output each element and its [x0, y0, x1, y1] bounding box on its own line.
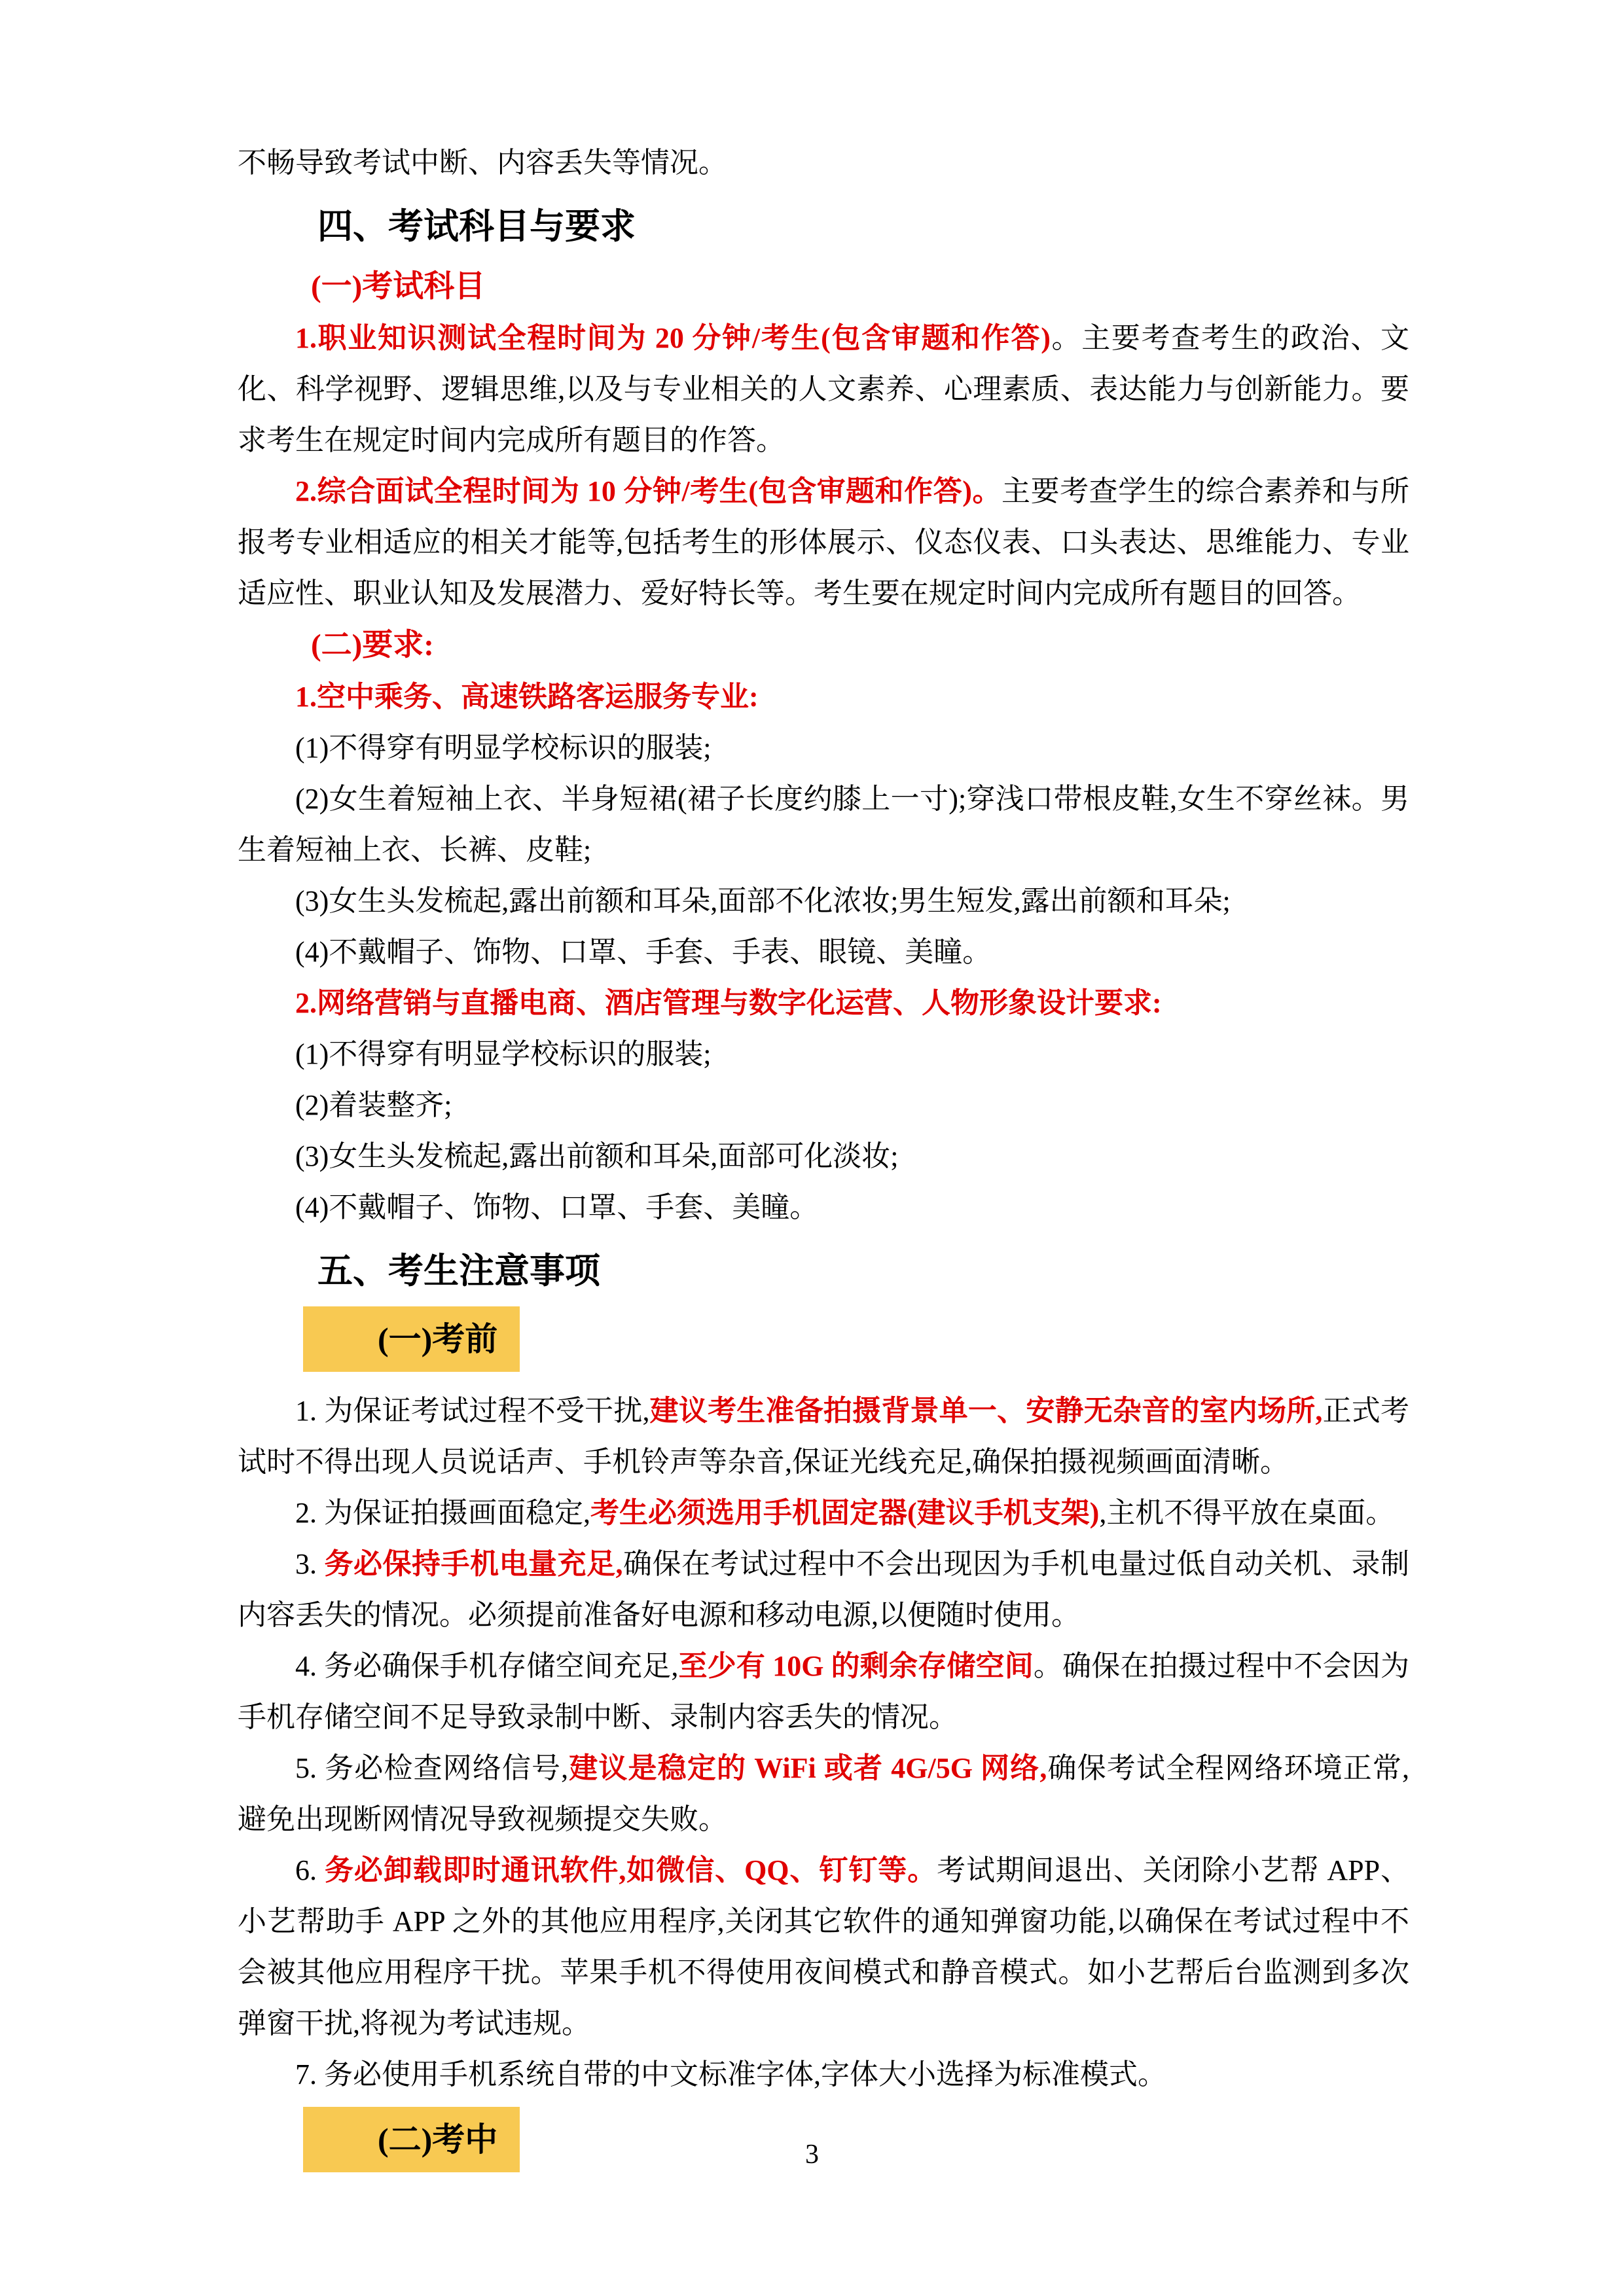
highlight-heading-row: (一)考前	[238, 1306, 1409, 1380]
paragraph: 不畅导致考试中断、内容丢失等情况。	[238, 137, 1409, 188]
paragraph: 1.职业知识测试全程时间为 20 分钟/考生(包含审题和作答)。主要考查考生的政…	[238, 313, 1409, 466]
text-run: 1. 为保证考试过程不受干扰,	[295, 1395, 649, 1427]
text-run: 6.	[295, 1854, 325, 1886]
text-run: 5. 务必检查网络信号,	[295, 1752, 568, 1784]
emphasized-text-run: 1.空中乘务、高速铁路客运服务专业:	[295, 681, 759, 713]
text-run: (1)不得穿有明显学校标识的服装;	[295, 732, 712, 764]
text-run: 7. 务必使用手机系统自带的中文标准字体,字体大小选择为标准模式。	[295, 2058, 1166, 2090]
paragraph: (1)不得穿有明显学校标识的服装;	[238, 1029, 1409, 1080]
paragraph: 4. 务必确保手机存储空间充足,至少有 10G 的剩余存储空间。确保在拍摄过程中…	[238, 1641, 1409, 1743]
red-subheading: (二)要求:	[238, 619, 1409, 672]
emphasized-text-run: 务必保持手机电量充足,	[325, 1548, 623, 1580]
text-run: 3.	[295, 1548, 325, 1580]
paragraph: (3)女生头发梳起,露出前额和耳朵,面部不化浓妆;男生短发,露出前额和耳朵;	[238, 876, 1409, 927]
text-run: 不畅导致考试中断、内容丢失等情况。	[238, 147, 727, 179]
emphasized-text-run: 建议考生准备拍摄背景单一、安静无杂音的室内场所,	[649, 1395, 1322, 1427]
red-subheading: (一)考试科目	[238, 260, 1409, 313]
paragraph: 6. 务必卸载即时通讯软件,如微信、QQ、钉钉等。考试期间退出、关闭除小艺帮 A…	[238, 1845, 1409, 2049]
paragraph: (1)不得穿有明显学校标识的服装;	[238, 723, 1409, 774]
section-heading: 四、考试科目与要求	[238, 198, 1409, 255]
paragraph: 7. 务必使用手机系统自带的中文标准字体,字体大小选择为标准模式。	[238, 2049, 1409, 2100]
text-run: (3)女生头发梳起,露出前额和耳朵,面部不化浓妆;男生短发,露出前额和耳朵;	[295, 885, 1231, 917]
paragraph: 2. 为保证拍摄画面稳定,考生必须选用手机固定器(建议手机支架),主机不得平放在…	[238, 1488, 1409, 1539]
paragraph: (2)女生着短袖上衣、半身短裙(裙子长度约膝上一寸);穿浅口带根皮鞋,女生不穿丝…	[238, 774, 1409, 876]
text-run: (2)女生着短袖上衣、半身短裙(裙子长度约膝上一寸);穿浅口带根皮鞋,女生不穿丝…	[238, 783, 1409, 866]
emphasized-text-run: 1.职业知识测试全程时间为 20 分钟/考生(包含审题和作答)	[295, 322, 1051, 354]
document-page: 不畅导致考试中断、内容丢失等情况。四、考试科目与要求(一)考试科目1.职业知识测…	[0, 0, 1624, 2296]
text-run: (4)不戴帽子、饰物、口罩、手套、手表、眼镜、美瞳。	[295, 936, 991, 968]
document-body: 不畅导致考试中断、内容丢失等情况。四、考试科目与要求(一)考试科目1.职业知识测…	[238, 137, 1409, 2186]
emphasized-text-run: 2.综合面试全程时间为 10 分钟/考生(包含审题和作答)。	[295, 475, 1001, 507]
emphasized-text-run: 务必卸载即时通讯软件,如微信、QQ、钉钉等。	[325, 1854, 937, 1886]
section-heading: 五、考生注意事项	[238, 1242, 1409, 1300]
paragraph: (3)女生头发梳起,露出前额和耳朵,面部可化淡妆;	[238, 1131, 1409, 1182]
paragraph: (4)不戴帽子、饰物、口罩、手套、手表、眼镜、美瞳。	[238, 927, 1409, 978]
emphasized-text-run: 考生必须选用手机固定器(建议手机支架)	[590, 1497, 1099, 1529]
paragraph: 1. 为保证考试过程不受干扰,建议考生准备拍摄背景单一、安静无杂音的室内场所,正…	[238, 1386, 1409, 1488]
page-footer: 3	[0, 2139, 1624, 2170]
paragraph: (4)不戴帽子、饰物、口罩、手套、美瞳。	[238, 1182, 1409, 1233]
text-run: (3)女生头发梳起,露出前额和耳朵,面部可化淡妆;	[295, 1140, 899, 1172]
text-run: (2)着装整齐;	[295, 1089, 452, 1121]
paragraph: 2.综合面试全程时间为 10 分钟/考生(包含审题和作答)。主要考查学生的综合素…	[238, 466, 1409, 619]
highlight-heading: (一)考前	[303, 1306, 520, 1372]
paragraph: 3. 务必保持手机电量充足,确保在考试过程中不会出现因为手机电量过低自动关机、录…	[238, 1539, 1409, 1641]
text-run: 4. 务必确保手机存储空间充足,	[295, 1650, 678, 1682]
text-run: (1)不得穿有明显学校标识的服装;	[295, 1038, 712, 1070]
emphasized-text-run: 2.网络营销与直播电商、酒店管理与数字化运营、人物形象设计要求:	[295, 987, 1162, 1019]
emphasized-text-run: 至少有 10G 的剩余存储空间	[678, 1650, 1034, 1682]
page-number: 3	[805, 2140, 819, 2170]
paragraph: 2.网络营销与直播电商、酒店管理与数字化运营、人物形象设计要求:	[238, 978, 1409, 1029]
text-run: ,主机不得平放在桌面。	[1099, 1497, 1394, 1529]
emphasized-text-run: 建议是稳定的 WiFi 或者 4G/5G 网络,	[568, 1752, 1047, 1784]
paragraph: (2)着装整齐;	[238, 1080, 1409, 1131]
text-run: 2. 为保证拍摄画面稳定,	[295, 1497, 590, 1529]
paragraph: 1.空中乘务、高速铁路客运服务专业:	[238, 672, 1409, 723]
text-run: (4)不戴帽子、饰物、口罩、手套、美瞳。	[295, 1191, 818, 1223]
paragraph: 5. 务必检查网络信号,建议是稳定的 WiFi 或者 4G/5G 网络,确保考试…	[238, 1743, 1409, 1845]
